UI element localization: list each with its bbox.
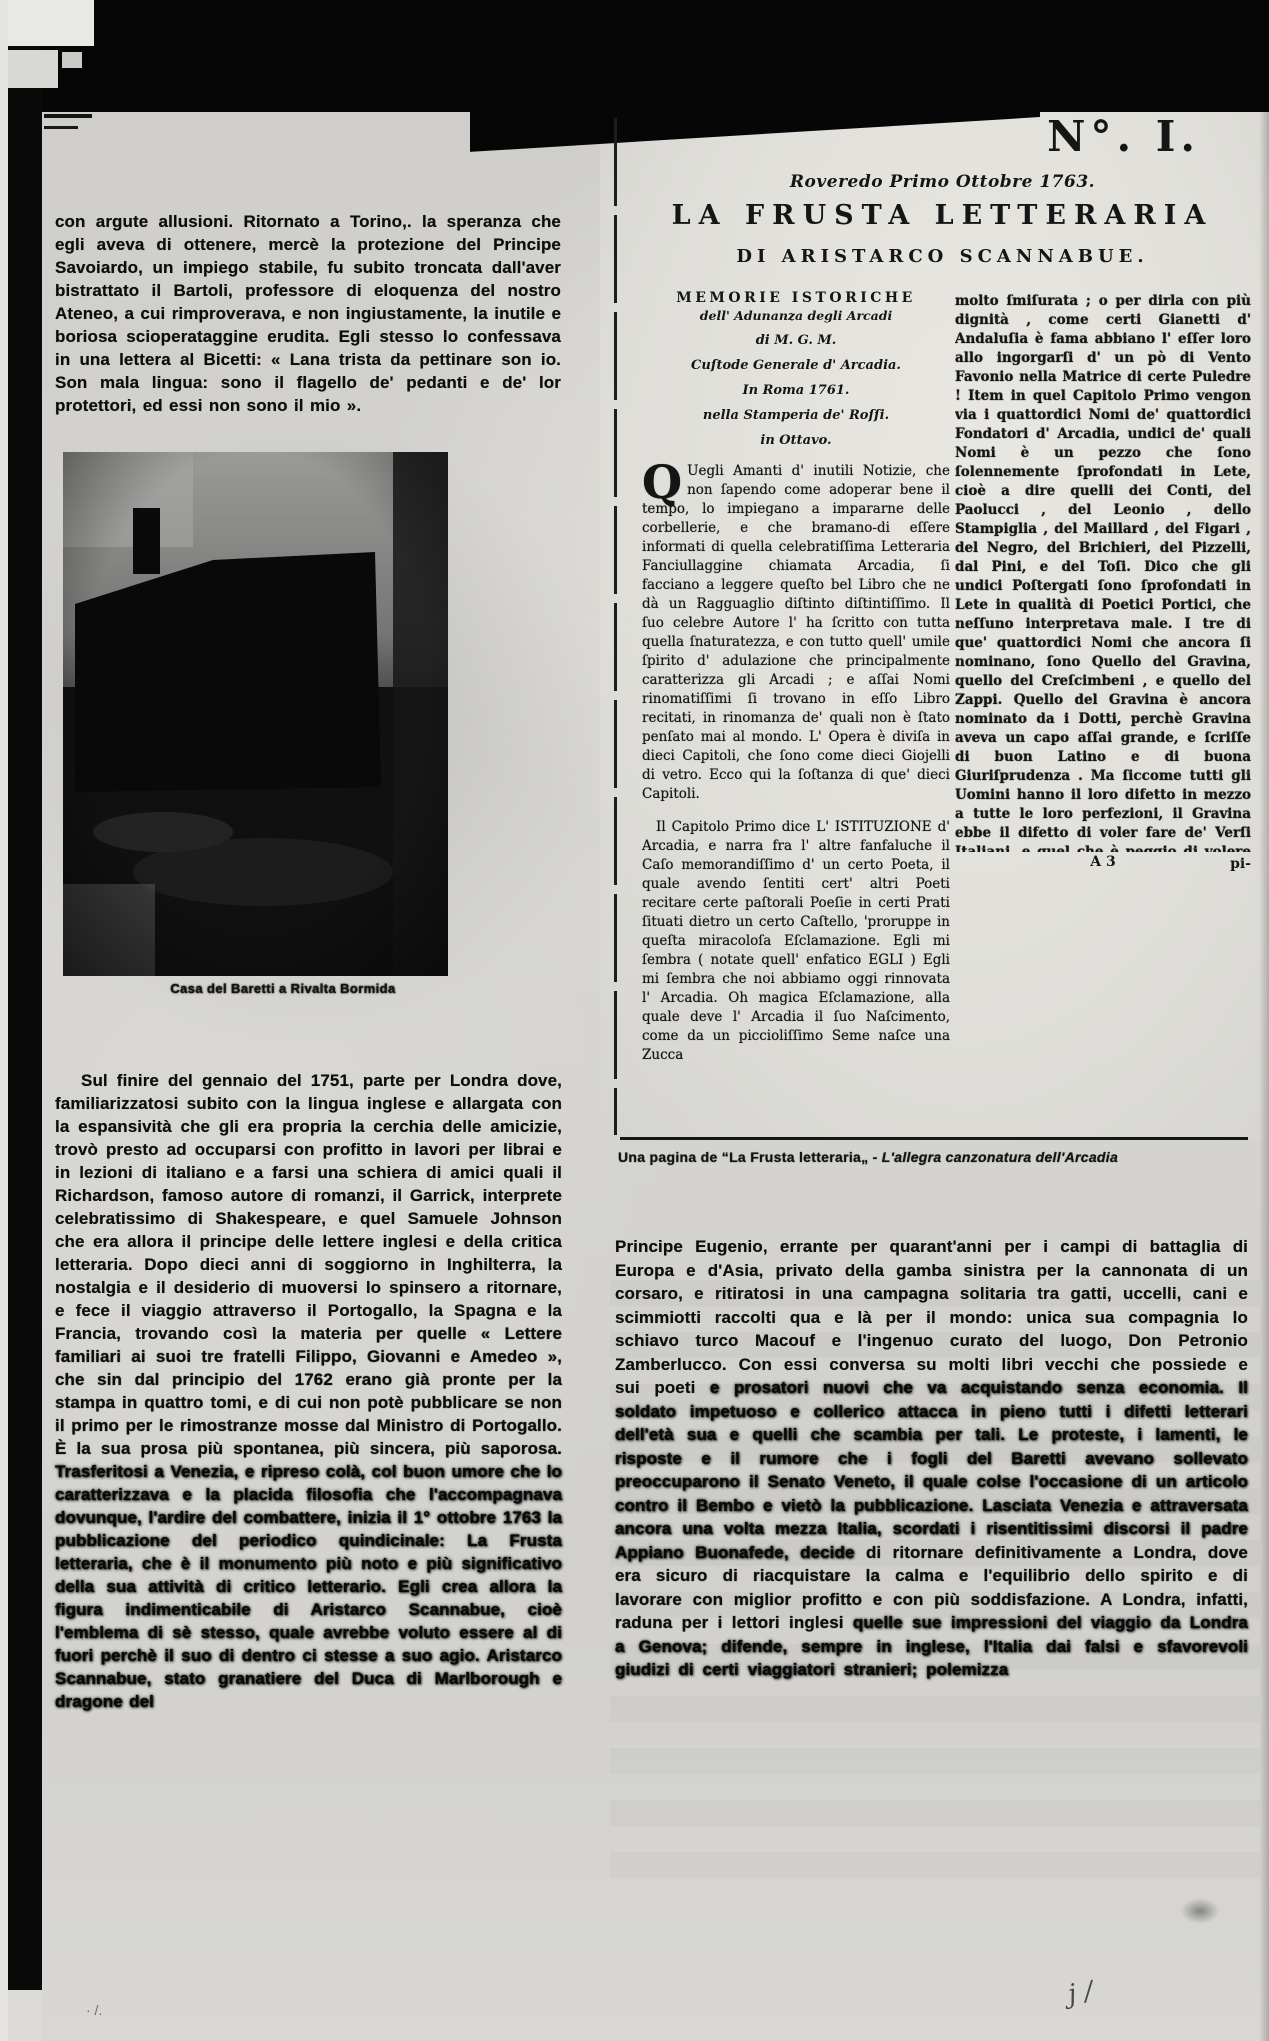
film-mark-top-left-1 bbox=[8, 0, 94, 46]
scan-left-black-band bbox=[8, 0, 42, 1990]
house-photo-image bbox=[63, 452, 448, 976]
facsimile-review-subheading: dell' Adunanza degli Arcadi bbox=[642, 308, 950, 323]
facsimile-imprint-place: In Roma 1761. bbox=[642, 383, 950, 398]
body-paragraph-2-light-smudge: per quelle « Lettere familiari ai suoi t… bbox=[55, 1324, 562, 1458]
film-edge-strip bbox=[0, 0, 8, 2041]
ink-smudge-blob bbox=[1180, 1898, 1220, 1924]
facsimile-dateline: Roveredo Primo Ottobre 1763. bbox=[630, 172, 1255, 192]
frame-line-mark-1 bbox=[44, 114, 92, 118]
scan-left-band-foot bbox=[8, 1990, 42, 2041]
facsimile-review-author: di M. G. M. bbox=[642, 333, 950, 348]
facsimile-left-column: MEMORIE ISTORICHE dell' Adunanza degli A… bbox=[642, 290, 950, 1078]
facsimile-bottom-rule bbox=[620, 1137, 1248, 1140]
body-paragraph-2: Sul finire del gennaio del 1751, parte p… bbox=[55, 1069, 562, 1713]
facsimile-masthead-subtitle: DI ARISTARCO SCANNABUE. bbox=[630, 246, 1255, 267]
column-divider-line bbox=[614, 118, 617, 1135]
facsimile-right-column: molto ſmiſurata ; o per dirla con più di… bbox=[955, 292, 1251, 852]
film-mark-top-left-2 bbox=[8, 50, 58, 88]
facsimile-issue-number: N°. I. bbox=[1047, 112, 1200, 161]
facsimile-signature-mark: A 3 bbox=[1090, 854, 1115, 870]
facsimile-catchword: pi- bbox=[1230, 856, 1251, 872]
frame-line-mark-2 bbox=[44, 126, 78, 129]
facsimile-caption-main: Una pagina de “La Frusta letteraria„ bbox=[618, 1149, 868, 1165]
facsimile-imprint-format: in Ottavo. bbox=[642, 433, 950, 448]
facsimile-review-heading: MEMORIE ISTORICHE bbox=[642, 290, 950, 306]
facsimile-imprint-printer: nella Stamperia de' Roſſi. bbox=[642, 408, 950, 423]
facsimile-left-body-2: Il Capitolo Primo dice L' ISTITUZIONE d'… bbox=[642, 818, 950, 1065]
facsimile-catchword-row: A 3 pi- bbox=[955, 854, 1251, 870]
right-paragraph-clean: Principe Eugenio, errante per quarant'an… bbox=[615, 1237, 1248, 1397]
facsimile-left-body-1-text: Uegli Amanti d' inutili Notizie, che non… bbox=[642, 463, 950, 802]
facsimile-review-role: Cuſtode Generale d' Arcadia. bbox=[642, 358, 950, 373]
photo-caption: Casa del Baretti a Rivalta Bormida bbox=[118, 981, 448, 996]
house-photo bbox=[63, 452, 448, 976]
handwritten-mark: j / bbox=[1066, 1976, 1096, 2010]
body-paragraph-2-heavy-smudge: Trasferitosi a Venezia, e ripreso colà, … bbox=[55, 1462, 562, 1711]
right-column-paragraph: Principe Eugenio, errante per quarant'an… bbox=[615, 1235, 1248, 1682]
right-paragraph-smudge-1: e prosatori nuovi che va acquistando sen… bbox=[615, 1378, 1248, 1562]
facsimile-dropcap: Q bbox=[642, 462, 687, 500]
frusta-facsimile-page: N°. I. Roveredo Primo Ottobre 1763. LA F… bbox=[630, 118, 1255, 1138]
facsimile-left-body-1: QUegli Amanti d' inutili Notizie, che no… bbox=[642, 462, 950, 804]
facsimile-caption-sub: - L'allegra canzonatura dell'Arcadia bbox=[868, 1149, 1118, 1165]
scan-top-black-band bbox=[8, 0, 1269, 112]
film-mark-top-left-3 bbox=[62, 52, 82, 68]
facsimile-caption: Una pagina de “La Frusta letteraria„ - L… bbox=[618, 1149, 1256, 1165]
page-right-edge-shadow bbox=[1259, 112, 1269, 2041]
body-paragraph-1: con argute allusioni. Ritornato a Torino… bbox=[55, 210, 561, 417]
body-paragraph-2-clean: Sul finire del gennaio del 1751, parte p… bbox=[55, 1071, 562, 1343]
facsimile-masthead-title: LA FRUSTA LETTERARIA bbox=[630, 200, 1255, 231]
scanned-book-page: con argute allusioni. Ritornato a Torino… bbox=[0, 0, 1269, 2041]
small-dot-marks: · /. bbox=[86, 2002, 102, 2018]
